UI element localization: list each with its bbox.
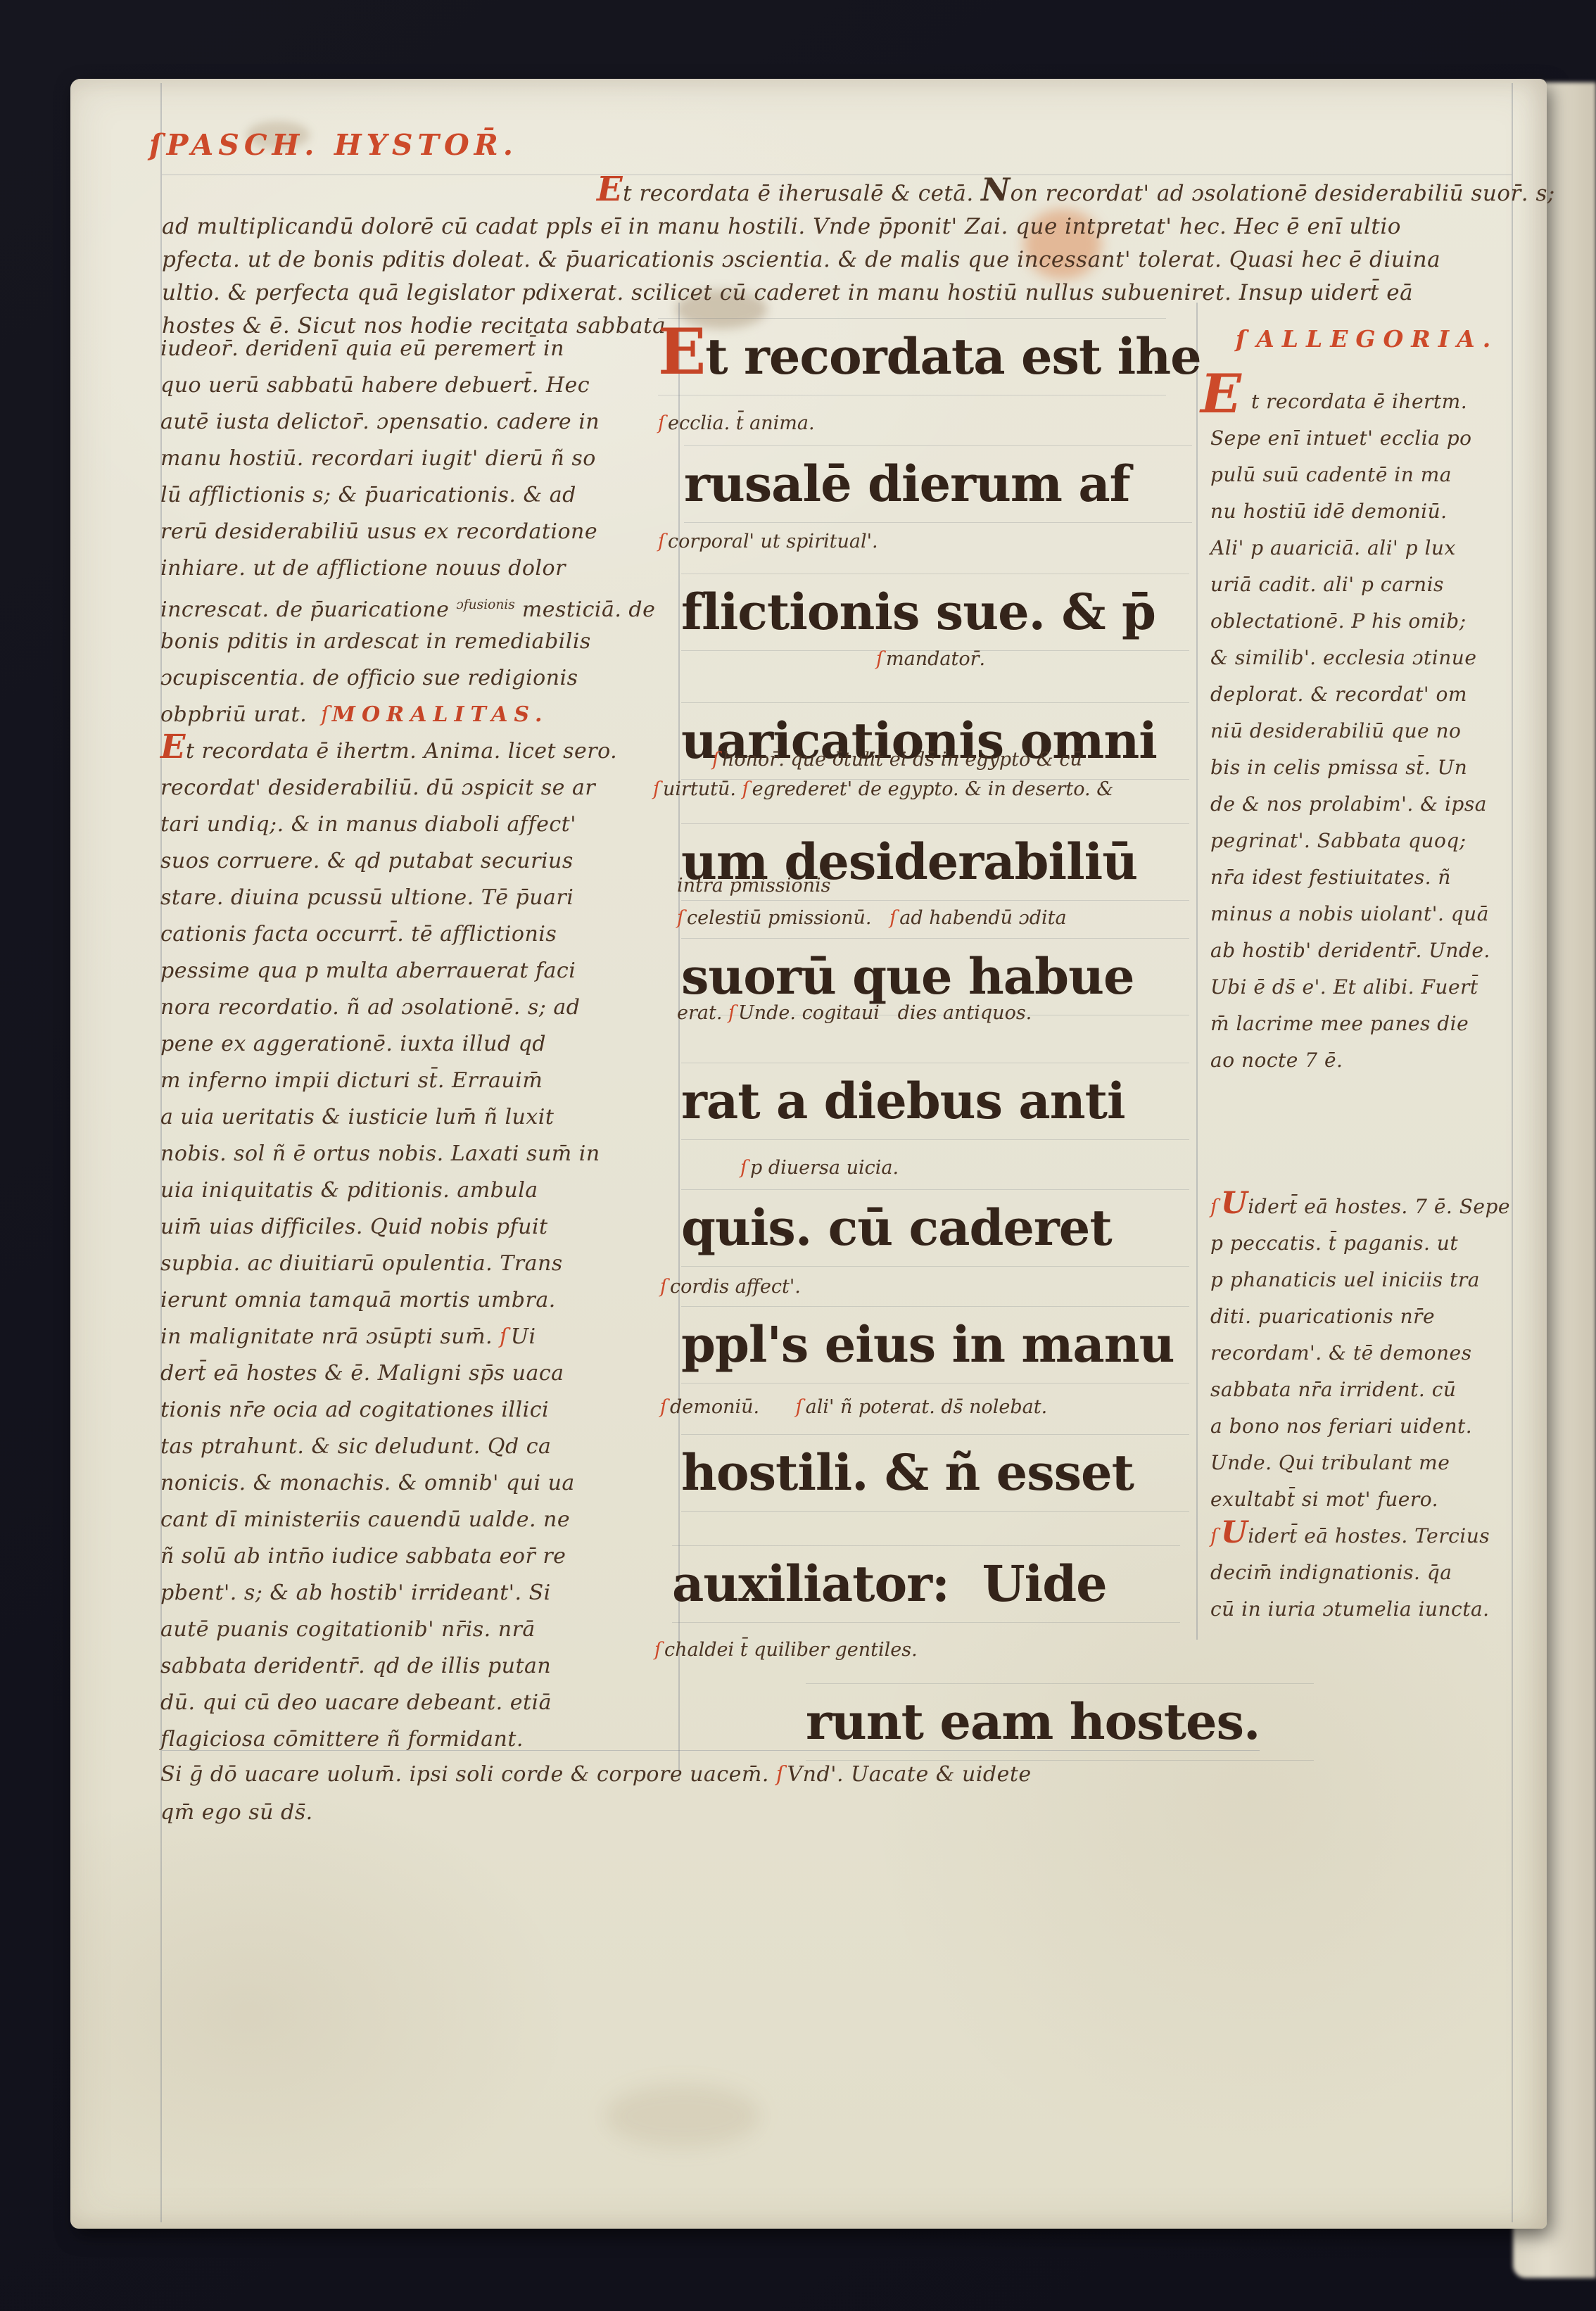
text-segment: iudeor̄. deridenī quia eū peremert̄ in xyxy=(160,336,564,361)
text-segment: minus a nobis uiolant'. quā xyxy=(1210,902,1489,925)
text-segment: Ubi ē ds̄ e'. Et alibi. Fuert̄ xyxy=(1210,975,1478,999)
text-line: autē puanis cogitationib' nr̄is. nrā xyxy=(160,1612,685,1648)
text-segment: auxiliator: Uide xyxy=(672,1555,1107,1613)
interlinear-gloss: ſecclia. t̄ anima. xyxy=(658,412,815,436)
text-line: Ali' p auariciā. ali' p lux xyxy=(1210,530,1527,566)
text-line: tas ptrahunt. & sic deludunt. Qd ca xyxy=(160,1429,685,1465)
interlinear-gloss: ſuirtutū. ſegrederet' de egypto. & in de… xyxy=(653,778,1113,802)
lemma-text-line: runt eam hostes. xyxy=(806,1683,1314,1761)
text-line: decim̄ indignationis. q̄a xyxy=(1210,1555,1527,1591)
text-segment: U xyxy=(1221,1185,1248,1221)
text-segment: N xyxy=(981,171,1011,208)
text-line: inhiare. ut de afflictione nouus dolor xyxy=(160,550,685,587)
text-line: niū desiderabiliū que no xyxy=(1210,713,1527,749)
paraph-mark: ſ xyxy=(742,778,752,800)
lemma-text-line: Et recordata est ihe xyxy=(658,318,1166,395)
lemma-text-line: auxiliator: Uide xyxy=(672,1545,1180,1623)
text-line: pfecta. ut de bonis pditis doleat. & p̄u… xyxy=(162,243,1516,277)
paraph-mark: ſ xyxy=(728,1002,738,1024)
text-line: bonis pditis in ardescat in remediabilis xyxy=(160,623,685,660)
text-segment: t recordata ē iherusalē & cetā. xyxy=(623,181,981,206)
lemma-text-line: rusalē dierum af xyxy=(684,445,1192,523)
text-segment: t recordata ē ihertm. xyxy=(1251,390,1467,413)
paraph-mark: ſ xyxy=(658,412,668,434)
text-segment: decim̄ indignationis. q̄a xyxy=(1210,1561,1452,1584)
text-segment: rerū desiderabiliū usus ex recordatione xyxy=(160,519,597,544)
text-segment: nonicis. & monachis. & omnib' qui ua xyxy=(160,1471,575,1495)
paraph-mark: ſ xyxy=(500,1324,511,1349)
photograph-background: ſPASCH. HYSTOR̄. ſALLEGORIA. E Et record… xyxy=(0,0,1596,2311)
text-line: obpbriū urat. ſMORALITAS. xyxy=(160,697,685,733)
text-line: quo uerū sabbatū habere debuert̄. Hec xyxy=(160,367,685,404)
text-segment: Unde. Qui tribulant me xyxy=(1210,1451,1450,1474)
text-line: nonicis. & monachis. & omnib' qui ua xyxy=(160,1465,685,1502)
paraph-mark: ſ xyxy=(660,1276,670,1298)
text-line: m inferno impii dicturi st̄. Errauim̄ xyxy=(160,1063,685,1099)
text-segment: erat. xyxy=(677,1002,728,1024)
text-segment: lū afflictionis s; & p̄uaricationis. & a… xyxy=(160,483,576,507)
text-line: ao nocte 7 ē. xyxy=(1210,1042,1527,1079)
left-commentary-column: iudeor̄. deridenī quia eū peremert̄ inqu… xyxy=(160,331,685,1758)
text-segment: p diuersa uicia. xyxy=(750,1157,899,1179)
text-segment: pbent'. s; & ab hostib' irrideant'. Si xyxy=(160,1581,551,1605)
text-segment: corporal' ut spiritual'. xyxy=(668,531,878,552)
text-line: tari undiq;. & in manus diaboli affect' xyxy=(160,806,685,843)
text-segment: uriā cadit. ali' p carnis xyxy=(1210,573,1444,596)
text-segment: in malignitate nrā ɔsūpti sum̄. xyxy=(160,1324,500,1349)
text-segment: uim̄ uias difficiles. Quid nobis pfuit xyxy=(160,1215,548,1239)
text-segment: E xyxy=(597,170,623,209)
text-segment: recordam'. & tē demones xyxy=(1210,1341,1471,1365)
paraph-mark: ſ xyxy=(776,1762,787,1787)
paraph-mark: ſ xyxy=(658,531,668,552)
text-line: stare. diuina pcussū ultione. Tē p̄uari xyxy=(160,880,685,916)
text-segment: de & nos prolabim'. & ipsa xyxy=(1210,792,1487,816)
interlinear-gloss: erat. ſUnde. cogitaui dies antiquos. xyxy=(677,1001,1032,1025)
pasch-hystor-rubric: ſPASCH. HYSTOR̄. xyxy=(149,128,518,162)
lemma-text-line: quis. cū caderet xyxy=(681,1189,1189,1267)
text-segment: deplorat. & recordat' om xyxy=(1210,683,1467,706)
paraph-mark: ſ xyxy=(654,1639,664,1661)
text-segment: cordis affect'. xyxy=(670,1276,801,1298)
text-segment: ad habendū ɔdita xyxy=(899,907,1066,929)
text-segment: t recordata ē ihertm. Anima. licet sero. xyxy=(186,739,617,764)
text-segment: nora recordatio. ñ ad ɔsolationē. s; ad xyxy=(160,995,581,1020)
text-segment: sabbata nr̄a irrident. cū xyxy=(1210,1378,1456,1401)
text-line: sabbata deridentr̄. qd de illis putan xyxy=(160,1648,685,1685)
text-segment: pfecta. ut de bonis pditis doleat. & p̄u… xyxy=(162,247,1440,272)
paraph-mark: ſ xyxy=(712,749,722,771)
text-segment: celestiū pmissionū. xyxy=(687,907,889,929)
text-segment: suos corruere. & qd putabat securius xyxy=(160,849,574,873)
text-segment: egrederet' de egypto. & in deserto. & xyxy=(752,778,1114,800)
text-line: ad multiplicandū dolorē cū cadat ppls eī… xyxy=(162,210,1516,243)
text-segment: runt eam hostes. xyxy=(806,1692,1260,1751)
text-line: cationis facta occurrt̄. tē afflictionis xyxy=(160,916,685,953)
text-segment: quo uerū sabbatū habere debuert̄. Hec xyxy=(160,373,590,398)
text-segment: dert̄ eā hostes & ē. Maligni sp̄s uaca xyxy=(160,1361,564,1386)
text-segment: diti. puaricationis nr̄e xyxy=(1210,1305,1435,1328)
text-line: recordat' desiderabiliū. dū ɔspicit se a… xyxy=(160,770,685,806)
text-segment: uia iniquitatis & pditionis. ambula xyxy=(160,1178,538,1203)
ruling-line-column-2 xyxy=(1196,303,1198,1640)
text-segment: exultabt̄ si mot' fuero. xyxy=(1210,1488,1438,1511)
text-line: Unde. Qui tribulant me xyxy=(1210,1445,1527,1481)
interlinear-gloss: ſhonor̄. que ōtulit ei ds̄ in egypto & c… xyxy=(712,748,1082,772)
text-segment: stare. diuina pcussū ultione. Tē p̄uari xyxy=(160,885,574,910)
text-line: Et recordata ē ihertm. Anima. licet sero… xyxy=(160,733,685,770)
text-line: bis in celis pmissa st̄. Un xyxy=(1210,749,1527,786)
text-line: qm̄ ego sū ds̄. xyxy=(160,1794,1286,1832)
text-line: oblectationē. P his omib; xyxy=(1210,603,1527,640)
text-segment: nobis. sol ñ ē ortus nobis. Laxati sum̄ … xyxy=(160,1141,600,1166)
text-line: p phanaticis uel iniciis tra xyxy=(1210,1262,1527,1298)
text-segment: cant dī ministeriis cauendū ualde. ne xyxy=(160,1507,570,1532)
text-segment: flictionis sue. & p̄ xyxy=(681,583,1155,641)
paraph-mark: ſ xyxy=(796,1396,806,1418)
text-segment: ierunt omnia tamquā mortis umbra. xyxy=(160,1288,556,1312)
interlinear-gloss: intra pmissionis xyxy=(677,874,830,898)
text-segment: autē puanis cogitationib' nr̄is. nrā xyxy=(160,1617,536,1642)
text-segment: Unde. cogitaui dies antiquos. xyxy=(738,1002,1032,1024)
text-line: ab hostib' deridentr̄. Unde. xyxy=(1210,932,1527,969)
text-line: manu hostiū. recordari iugit' dierū ñ so xyxy=(160,441,685,477)
text-line: flagiciosa cōmittere ñ formidant. xyxy=(160,1721,685,1758)
text-segment: pene ex aggerationē. iuxta illud qd xyxy=(160,1032,546,1056)
text-line: suos corruere. & qd putabat securius xyxy=(160,843,685,880)
text-segment: nr̄a idest festiuitates. ñ xyxy=(1210,866,1451,889)
text-line: dū. qui cū deo uacare debeant. etiā xyxy=(160,1685,685,1721)
text-segment: pessime qua p multa aberrauerat faci xyxy=(160,958,576,983)
interlinear-gloss: ſdemoniū. ſali' ñ poterat. ds̄ nolebat. xyxy=(660,1395,1047,1419)
text-segment: pegrinat'. Sabbata quoq; xyxy=(1210,829,1467,852)
text-line: pbent'. s; & ab hostib' irrideant'. Si xyxy=(160,1575,685,1612)
paraph-mark: ſ xyxy=(660,1396,670,1418)
text-line: diti. puaricationis nr̄e xyxy=(1210,1298,1527,1335)
text-segment: tionis nr̄e ocia ad cogitationes illici xyxy=(160,1398,549,1422)
text-segment: ultio. & perfecta quā legislator pdixera… xyxy=(162,280,1413,305)
paraph-mark: ſ xyxy=(677,907,687,929)
text-line: uia iniquitatis & pditionis. ambula xyxy=(160,1172,685,1209)
text-line: recordam'. & tē demones xyxy=(1210,1335,1527,1372)
text-line: de & nos prolabim'. & ipsa xyxy=(1210,786,1527,823)
text-segment: mandator̄. xyxy=(886,648,985,670)
text-line: autē iusta delictor̄. ɔpensatio. cadere … xyxy=(160,404,685,441)
text-segment: m inferno impii dicturi st̄. Errauim̄ xyxy=(160,1068,543,1093)
text-segment: a uia ueritatis & iusticie lum̄ ñ luxit xyxy=(160,1105,554,1129)
text-segment: dū. qui cū deo uacare debeant. etiā xyxy=(160,1690,552,1715)
text-segment: Ui xyxy=(511,1324,536,1349)
lemma-text-line: ppl's eius in manu xyxy=(681,1306,1189,1384)
text-line: cū in iuria ɔtumelia iuncta. xyxy=(1210,1591,1527,1628)
text-line: dert̄ eā hostes & ē. Maligni sp̄s uaca xyxy=(160,1355,685,1392)
text-segment: E xyxy=(658,315,705,389)
text-line: in malignitate nrā ɔsūpti sum̄. ſUi xyxy=(160,1319,685,1355)
text-segment: nu hostiū idē demoniū. xyxy=(1210,500,1448,523)
text-segment: Sepe enī intuet' ecclia po xyxy=(1210,426,1472,450)
text-segment: ñ solū ab intn̄o iudice sabbata eor̄ re xyxy=(160,1544,566,1569)
text-line: ierunt omnia tamquā mortis umbra. xyxy=(160,1282,685,1319)
text-segment: oblectationē. P his omib; xyxy=(1210,609,1467,633)
text-segment: ɔfusionis xyxy=(456,597,514,612)
text-segment: p peccatis. t̄ paganis. ut xyxy=(1210,1232,1458,1255)
interlinear-gloss: ſcorporal' ut spiritual'. xyxy=(658,530,878,554)
text-segment: sabbata deridentr̄. qd de illis putan xyxy=(160,1654,551,1678)
text-line: ſUidert̄ eā hostes. Tercius xyxy=(1210,1518,1527,1555)
paraph-mark: ſ xyxy=(740,1157,750,1179)
text-line xyxy=(1210,1079,1527,1115)
text-segment: ad multiplicandū dolorē cū cadat ppls eī… xyxy=(162,214,1401,239)
text-segment: E xyxy=(160,727,186,766)
text-segment: ali' ñ poterat. ds̄ nolebat. xyxy=(806,1396,1048,1418)
text-segment: a bono nos feriari uident. xyxy=(1210,1414,1472,1438)
right-commentary-column: t recordata ē ihertm.Sepe enī intuet' ec… xyxy=(1210,384,1527,1628)
text-segment: Si ḡ dō uacare uolum̄. ipsi soli corde &… xyxy=(160,1762,776,1787)
text-segment: flagiciosa cōmittere ñ formidant. xyxy=(160,1727,524,1752)
footer-commentary: Si ḡ dō uacare uolum̄. ipsi soli corde &… xyxy=(160,1756,1286,1832)
text-line: nora recordatio. ñ ad ɔsolationē. s; ad xyxy=(160,989,685,1026)
text-line: iudeor̄. deridenī quia eū peremert̄ in xyxy=(160,331,685,367)
text-segment: ab hostib' deridentr̄. Unde. xyxy=(1210,939,1490,962)
text-segment: Ali' p auariciā. ali' p lux xyxy=(1210,536,1456,559)
text-segment: hostili. & ñ esset xyxy=(681,1443,1134,1502)
text-segment: tari undiq;. & in manus diaboli affect' xyxy=(160,812,576,837)
text-segment: quis. cū caderet xyxy=(681,1198,1112,1257)
text-line: p peccatis. t̄ paganis. ut xyxy=(1210,1225,1527,1262)
text-line: m̄ lacrime mee panes die xyxy=(1210,1006,1527,1042)
text-line: increscat. de p̄uaricatione ɔfusionis me… xyxy=(160,587,685,623)
text-segment: mesticiā. de xyxy=(515,597,656,622)
text-segment: & similib'. ecclesia ɔtinue xyxy=(1210,646,1476,669)
text-line: exultabt̄ si mot' fuero. xyxy=(1210,1481,1527,1518)
lemma-text-line: flictionis sue. & p̄ xyxy=(681,574,1189,651)
text-line: cant dī ministeriis cauendū ualde. ne xyxy=(160,1502,685,1538)
text-segment: chaldei t̄ quiliber gentiles. xyxy=(664,1639,918,1661)
lemma-text-line: rat a diebus anti xyxy=(681,1063,1189,1140)
text-line: uriā cadit. ali' p carnis xyxy=(1210,566,1527,603)
text-segment: on recordat' ad ɔsolationē desiderabiliū… xyxy=(1011,181,1555,206)
text-segment: demoniū. xyxy=(670,1396,796,1418)
text-segment: uirtutū. xyxy=(663,778,742,800)
text-segment: m̄ lacrime mee panes die xyxy=(1210,1012,1469,1035)
text-line: ɔcupiscentia. de officio sue redigionis xyxy=(160,660,685,697)
text-line xyxy=(1210,1115,1527,1152)
text-line: sabbata nr̄a irrident. cū xyxy=(1210,1372,1527,1408)
text-segment: supbia. ac diuitiarū opulentia. Trans xyxy=(160,1251,563,1276)
text-line: ñ solū ab intn̄o iudice sabbata eor̄ re xyxy=(160,1538,685,1575)
text-line: minus a nobis uiolant'. quā xyxy=(1210,896,1527,932)
text-segment: p phanaticis uel iniciis tra xyxy=(1210,1268,1480,1291)
text-line: Sepe enī intuet' ecclia po xyxy=(1210,420,1527,457)
paraph-mark: ſ xyxy=(1210,1524,1221,1547)
text-segment: U xyxy=(1221,1514,1248,1550)
text-segment: increscat. de p̄uaricatione xyxy=(160,597,456,622)
text-segment: pulū suū cadentē in ma xyxy=(1210,463,1452,486)
text-line: & similib'. ecclesia ɔtinue xyxy=(1210,640,1527,676)
text-line: nr̄a idest festiuitates. ñ xyxy=(1210,859,1527,896)
text-line: nu hostiū idē demoniū. xyxy=(1210,493,1527,530)
text-segment: idert̄ eā hostes. 7 ē. Sepe xyxy=(1248,1195,1510,1218)
interlinear-gloss: ſchaldei t̄ quiliber gentiles. xyxy=(654,1638,918,1662)
interlinear-gloss: ſcordis affect'. xyxy=(660,1275,801,1299)
text-segment: obpbriū urat. xyxy=(160,702,321,727)
text-segment: cū in iuria ɔtumelia iuncta. xyxy=(1210,1597,1490,1621)
text-segment: suorū que habue xyxy=(681,947,1134,1006)
text-line: pulū suū cadentē in ma xyxy=(1210,457,1527,493)
text-line: supbia. ac diuitiarū opulentia. Trans xyxy=(160,1246,685,1282)
text-line: uim̄ uias difficiles. Quid nobis pfuit xyxy=(160,1209,685,1246)
text-line: rerū desiderabiliū usus ex recordatione xyxy=(160,514,685,550)
paraph-mark: ſ xyxy=(876,648,886,670)
text-line xyxy=(1210,1152,1527,1189)
text-segment: ecclia. t̄ anima. xyxy=(668,412,815,434)
text-segment: bonis pditis in ardescat in remediabilis xyxy=(160,629,591,654)
interlinear-gloss: ſp diuersa uicia. xyxy=(740,1156,899,1180)
text-segment: ao nocte 7 ē. xyxy=(1210,1049,1343,1072)
text-segment: Vnd'. Uacate & uidete xyxy=(787,1762,1032,1787)
interlinear-gloss: ſmandator̄. xyxy=(876,647,985,671)
text-line: pegrinat'. Sabbata quoq; xyxy=(1210,823,1527,859)
text-segment: t recordata est ihe xyxy=(705,327,1201,386)
text-line: deplorat. & recordat' om xyxy=(1210,676,1527,713)
text-segment: intra pmissionis xyxy=(677,875,830,897)
paraph-mark: ſ xyxy=(1210,1195,1221,1218)
text-line: lū afflictionis s; & p̄uaricationis. & a… xyxy=(160,477,685,514)
text-line: pessime qua p multa aberrauerat faci xyxy=(160,953,685,989)
text-line: nobis. sol ñ ē ortus nobis. Laxati sum̄ … xyxy=(160,1136,685,1172)
text-segment: idert̄ eā hostes. Tercius xyxy=(1248,1524,1490,1547)
text-line: a uia ueritatis & iusticie lum̄ ñ luxit xyxy=(160,1099,685,1136)
text-segment: manu hostiū. recordari iugit' dierū ñ so xyxy=(160,446,596,471)
text-segment: inhiare. ut de afflictione nouus dolor xyxy=(160,556,566,581)
text-line: a bono nos feriari uident. xyxy=(1210,1408,1527,1445)
text-segment: honor̄. que ōtulit ei ds̄ in egypto & cū xyxy=(722,749,1082,771)
text-segment: bis in celis pmissa st̄. Un xyxy=(1210,756,1467,779)
text-segment: MORALITAS. xyxy=(332,702,549,727)
text-line: tionis nr̄e ocia ad cogitationes illici xyxy=(160,1392,685,1429)
parchment-stain xyxy=(605,2084,760,2148)
text-segment: cationis facta occurrt̄. tē afflictionis xyxy=(160,922,557,946)
text-line: ſUidert̄ eā hostes. 7 ē. Sepe xyxy=(1210,1189,1527,1225)
text-segment: rusalē dierum af xyxy=(684,455,1130,513)
text-segment: autē iusta delictor̄. ɔpensatio. cadere … xyxy=(160,410,600,434)
text-segment: rat a diebus anti xyxy=(681,1072,1125,1130)
paraph-mark: ſ xyxy=(653,778,663,800)
text-line: t recordata ē ihertm. xyxy=(1210,384,1527,420)
text-segment: tas ptrahunt. & sic deludunt. Qd ca xyxy=(160,1434,551,1459)
text-segment: niū desiderabiliū que no xyxy=(1210,719,1461,742)
text-line: Et recordata ē iherusalē & cetā. Non rec… xyxy=(162,177,1516,210)
text-line: Ubi ē ds̄ e'. Et alibi. Fuert̄ xyxy=(1210,969,1527,1006)
interlinear-gloss: ſcelestiū pmissionū. ſad habendū ɔdita xyxy=(677,906,1067,930)
text-segment: recordat' desiderabiliū. dū ɔspicit se a… xyxy=(160,775,595,800)
paraph-mark: ſ xyxy=(321,702,332,727)
text-segment: qm̄ ego sū ds̄. xyxy=(160,1800,313,1825)
text-segment: ɔcupiscentia. de officio sue redigionis xyxy=(160,666,578,690)
text-line: ultio. & perfecta quā legislator pdixera… xyxy=(162,277,1516,310)
ruling-line-header xyxy=(162,175,1512,175)
paraph-mark: ſ xyxy=(889,907,899,929)
text-line: Si ḡ dō uacare uolum̄. ipsi soli corde &… xyxy=(160,1756,1286,1794)
text-line: pene ex aggerationē. iuxta illud qd xyxy=(160,1026,685,1063)
text-segment: ppl's eius in manu xyxy=(681,1315,1174,1374)
lemma-text-line: hostili. & ñ esset xyxy=(681,1434,1189,1512)
